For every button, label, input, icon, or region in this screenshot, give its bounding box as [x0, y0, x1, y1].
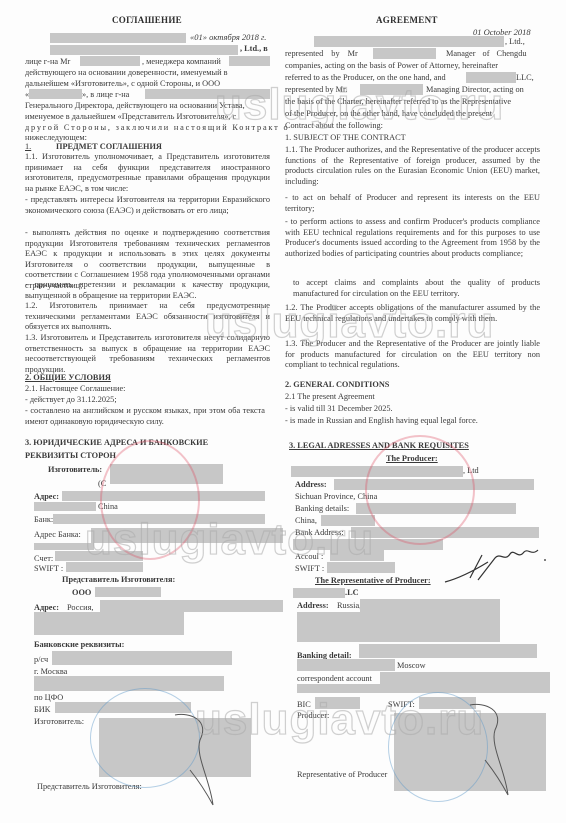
- en-correspondent-account: correspondent account: [297, 674, 372, 685]
- ru-intro-line: именуемое в дальнейшем «Представитель Из…: [25, 112, 236, 123]
- ru-bank-address-label: Адрес Банка:: [34, 530, 81, 541]
- ru-intro-line: , менеджера компаний: [142, 57, 221, 68]
- en-intro-line: LLC,: [516, 73, 534, 84]
- redacted-block: [327, 562, 395, 573]
- en-address-label: Address:: [295, 480, 327, 491]
- ru-paragraph-2-1a: - действует до 31.12.2025;: [25, 395, 117, 406]
- en-rep-address-label: Address:: [297, 601, 329, 612]
- redacted-block: [373, 48, 436, 59]
- en-intro-line: of the Producer, on the other hand, have…: [285, 109, 492, 120]
- ru-section1-heading: ПРЕДМЕТ СОГЛАШЕНИЯ: [56, 142, 162, 153]
- en-bank-address-label: Bank Address:: [295, 528, 344, 539]
- redacted-block: [360, 599, 500, 612]
- redacted-block: [95, 587, 161, 597]
- redacted-block: [330, 550, 384, 561]
- en-intro-line: referred to as the Producer, on the one …: [285, 73, 446, 84]
- redacted-block: [50, 45, 238, 55]
- en-section1-heading: 1. SUBJECT OF THE CONTRACT: [285, 133, 406, 144]
- ru-intro-line: », в лице г-на: [82, 90, 129, 101]
- ru-intro-line: действующего на основании доверенности, …: [25, 68, 228, 79]
- en-rep-org-suffix: .LC: [345, 588, 359, 599]
- ru-section2-heading: 2. ОБЩИЕ УСЛОВИЯ: [25, 373, 111, 384]
- redacted-block: [360, 84, 423, 95]
- redacted-block: [466, 72, 516, 83]
- en-account-label: Accoul :: [295, 552, 323, 563]
- en-intro-line: companies, acting on the basis of Power …: [285, 61, 498, 72]
- en-swift-label: SWIFT :: [295, 564, 324, 575]
- ru-account-label: Счет:: [34, 554, 53, 565]
- ru-producer-label: Изготовитель:: [48, 465, 102, 476]
- ru-paragraph-1-2: 1.2. Изготовитель принимает на себя пред…: [25, 301, 270, 333]
- en-intro-line: represented by Mr: [285, 49, 358, 60]
- ru-paragraph-2-1b: - составлено на английском и русском язы…: [25, 406, 265, 427]
- representative-signature-ru-icon: [170, 710, 220, 810]
- ru-paragraph-2-1: 2.1. Настоящее Соглашение:: [25, 384, 125, 395]
- ru-paragraph-1-1c: - принимать претензии и рекламации к кач…: [25, 280, 270, 301]
- ru-section3-heading-line1: 3. ЮРИДИЧЕСКИЕ АДРЕСА И БАНКОВСКИЕ: [25, 438, 208, 449]
- redacted-block: [359, 644, 537, 658]
- en-title: AGREEMENT: [376, 15, 438, 26]
- ru-paragraph-1-3: 1.3. Изготовитель и Представитель изгото…: [25, 333, 270, 375]
- redacted-block: [297, 612, 500, 642]
- en-intro-line: represented by Mr.: [285, 85, 347, 96]
- en-intro-line: Manager of Chengdu: [446, 49, 527, 60]
- redacted-block: [34, 502, 96, 511]
- ru-sign-producer-label: Изготовитель:: [34, 717, 84, 728]
- en-paragraph-1-3: 1.3. The Producer and the Representative…: [285, 339, 540, 371]
- producer-signature-icon: [440, 540, 550, 590]
- redacted-block: [34, 612, 184, 635]
- redacted-block: [52, 651, 232, 665]
- en-intro-line: the basis of the Charter, hereinafter re…: [285, 97, 511, 108]
- redacted-block: [145, 89, 270, 99]
- ru-bik-label: БИК: [34, 705, 50, 716]
- representative-signature-en-icon: [465, 700, 515, 800]
- ru-section3-heading-line2: РЕКВИЗИТЫ СТОРОН: [25, 451, 116, 462]
- en-rep-address-value: Russia,: [337, 601, 361, 612]
- ru-ltd-suffix: , Ltd., в: [240, 44, 268, 55]
- ru-representative-label: Представитель Изготовителя:: [62, 575, 175, 586]
- redacted-block: [50, 33, 186, 43]
- redacted-block: [100, 600, 283, 612]
- redacted-block: [297, 659, 395, 671]
- ru-address-label: Адрес:: [34, 492, 59, 503]
- ru-rep-org: ООО: [72, 588, 91, 599]
- en-paragraph-2-1a: - is valid till 31 December 2025.: [285, 404, 393, 415]
- en-paragraph-1-1b: - to perform actions to assess and confi…: [285, 217, 540, 259]
- ru-rs-label: р/сч: [34, 655, 48, 666]
- ru-paragraph-1-1: 1.1. Изготовитель уполномочивает, а Пред…: [25, 152, 270, 194]
- en-intro-line: Managing Director, acting on: [426, 85, 524, 96]
- red-company-seal-en: [365, 435, 475, 545]
- ru-intro-line: другой Стороны, заключили настоящий Конт…: [25, 123, 289, 134]
- redacted-block: [321, 515, 375, 526]
- en-paragraph-1-1: 1.1. The Producer authorizes, and the Re…: [285, 145, 540, 187]
- en-paragraph-1-1c: to accept claims and complaints about th…: [293, 278, 540, 299]
- en-intro-line: Contract about the following:: [285, 121, 383, 132]
- ru-bank-details-label: Банковские реквизиты:: [34, 640, 124, 651]
- en-sign-representative-label: Representative of Producer: [297, 770, 387, 781]
- en-section2-heading: 2. GENERAL CONDITIONS: [285, 380, 389, 391]
- redacted-block: [34, 676, 224, 691]
- ru-intro-line: Генерального Директора, действующего на …: [25, 101, 245, 112]
- redacted-block: [380, 672, 550, 684]
- redacted-block: [34, 543, 94, 550]
- redacted-block: [297, 684, 550, 693]
- en-bic-label: BIC: [297, 700, 311, 711]
- redacted-block: [229, 56, 270, 66]
- en-moscow: Moscow: [397, 661, 426, 672]
- en-paragraph-1-1a: - to act on behalf of Producer and repre…: [285, 193, 540, 214]
- ru-bank-label: Банк:: [34, 515, 53, 526]
- en-paragraph-2-1b: - is made in Russian and English having …: [285, 416, 478, 427]
- scanned-contract-page: СОГЛАШЕНИЕ «01» октября 2018 г. , Ltd., …: [0, 0, 566, 823]
- ru-intro-line: дальнейшем «Изготовитель», с одной Сторо…: [25, 79, 220, 90]
- en-ltd-suffix: , Ltd.,: [505, 37, 525, 48]
- redacted-block: [314, 36, 504, 47]
- ru-paragraph-1-1a: - представлять интересы Изготовителя на …: [25, 195, 270, 216]
- en-banking-details-label: Banking details:: [295, 504, 349, 515]
- ru-swift-label: SWIFT :: [34, 564, 63, 575]
- ru-section1-number: 1.: [25, 142, 31, 153]
- ru-intro-line: лице г-на Mr: [25, 57, 70, 68]
- ru-date: «01» октября 2018 г.: [190, 32, 266, 43]
- redacted-block: [29, 89, 82, 99]
- redacted-block: [66, 562, 143, 572]
- en-paragraph-2-1: 2.1 The present Agreement: [285, 392, 375, 403]
- en-sign-producer-label: Producer:: [297, 711, 329, 722]
- redacted-block: [315, 697, 360, 709]
- redacted-block: [80, 56, 140, 66]
- en-china-prefix: China,: [295, 516, 317, 527]
- redacted-block: [293, 588, 345, 598]
- red-company-seal-ru: [100, 440, 200, 560]
- en-paragraph-1-2: 1.2. The Producer accepts obligations of…: [285, 303, 540, 324]
- en-representative-label: The Representative of Producer:: [315, 576, 431, 587]
- ru-title: СОГЛАШЕНИЕ: [112, 15, 182, 26]
